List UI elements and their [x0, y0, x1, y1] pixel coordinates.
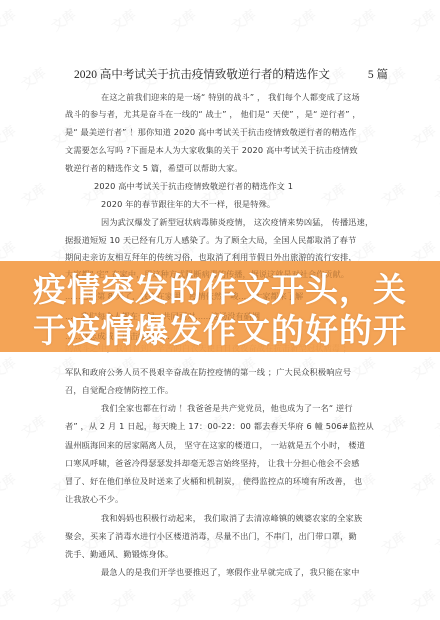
paragraph-line: 在这之前我们迎来的是一场“ 特别的战斗” ， 我们每个人都变成了这场 — [101, 91, 360, 103]
paragraph-line: 我们全家也都在行动 ！我爸爸是共产党党员，他也成为了一名“ 逆行 — [101, 402, 353, 414]
paragraph-line: 因为武汉爆发了新型冠状病毒肺炎疫情， 这次疫情来势凶猛， 传播迅速， — [101, 216, 373, 228]
paragraph-line: 召，自觉配合疫情防控工作。 — [65, 384, 173, 396]
paragraph-line: 冒了、好在他们单位及时送来了火桶和机制炭， 使得监控点的环境有所改善， 也 — [65, 475, 362, 487]
headline-banner[interactable]: 大家都“ 宅” 在家中，用这种方式阻断病毒的传播，据说这就是对社会作贡献。...… — [0, 261, 440, 352]
paragraph-line: 口寒风呼啸，爸爸冷得瑟瑟发抖却毫无怨言始终坚持， 让我十分担心他会不会感 — [65, 457, 360, 469]
document-title-count: 5 篇 — [368, 69, 388, 81]
document-title: 2020 高中考试关于抗击疫情致敬逆行者的精选作文5 篇 — [74, 66, 388, 82]
paragraph-line: 聚会，买来了消毒水进行小区楼道消毒，尽量不出门，不串门，出门带口罩，勤 — [65, 530, 357, 542]
document-title-text: 2020 高中考试关于抗击疫情致敬逆行者的精选作文 — [74, 69, 330, 81]
paragraph-line: 让我放心不少。 — [65, 493, 123, 505]
paragraph-line: 温州瓯海回来的居家隔离人员， 坚守在这家的楼道口， 一站就是五个小时， 楼道 — [65, 439, 365, 451]
paragraph-line: 最急人的是我们开学也要推迟了，寒假作业早就完成了，我只能在家中 — [101, 566, 359, 578]
paragraph-line: 敬逆行者的精选作文 5 篇，希望可以帮助大家。 — [65, 162, 243, 174]
paragraph-line: 洗手、勤通风、勤锻炼身体。 — [65, 548, 173, 560]
paragraph-line: 者” ，从 2 月 1 日起，每天晚上 17：00-22：00 都去春天华府 6… — [65, 420, 374, 432]
paragraph-line: 2020 高中考试关于抗击疫情致敬逆行者的精选作文 1 — [94, 180, 293, 192]
banner-title[interactable]: 疫情突发的作文开头，关 于疫情爆发作文的好的开 — [0, 269, 440, 351]
paragraph-line: 据报道短短 10 天已经有几万人感染了。为了顾全大局，全国人民都取消了春节 — [65, 234, 356, 246]
paragraph-line: 战斗的参与者，尤其是奋斗在一线的“ 战士” ， 他们是“ 天使” ，是“ 逆行者… — [65, 108, 361, 120]
paragraph-line: 我和妈妈也积极行动起来， 我们取消了去清凉峰镇的姨婆农家的全家族 — [101, 512, 362, 524]
paragraph-line: 2020 年的春节跟往年的大不一样，很是特殊。 — [101, 198, 275, 210]
paragraph-line: 文需要怎么写吗 ?下面是本人为大家收集的关于 2020 高中考试关于抗击疫情致 — [65, 144, 358, 156]
banner-title-line-2: 于疫情爆发作文的好的开 — [0, 310, 440, 351]
paragraph-line: 是“ 最美逆行者” ！那你知道 2020 高中考试关于抗击疫情致敬逆行者的精选作 — [65, 126, 356, 138]
banner-title-line-1: 疫情突发的作文开头，关 — [0, 269, 440, 310]
paragraph-line: 军队和政府公务人员不畏艰辛奋战在防控疫情的第一线 ；广大民众积极响应号 — [65, 366, 351, 378]
